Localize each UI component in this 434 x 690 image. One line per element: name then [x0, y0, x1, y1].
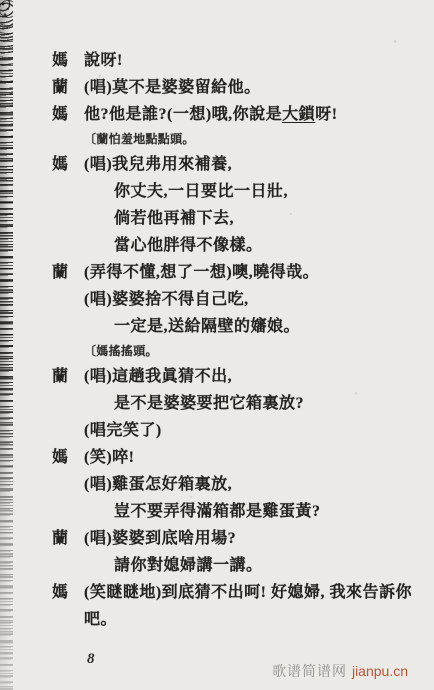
speaker-label: 媽: [52, 444, 69, 471]
script-line: 蘭(唱)莫不是婆婆留給他。: [0, 74, 434, 101]
speaker-label: 蘭: [52, 525, 69, 552]
script-line: 媽他?他是誰?(一想)哦,你說是大鎖呀!: [0, 101, 434, 128]
line-text: 當心他胖得不像樣。: [114, 237, 263, 254]
line-text: 一定是,送給隔壁的嬸娘。: [114, 318, 300, 335]
line-text: (笑)啐!: [84, 449, 135, 466]
script-line: 請你對媳婦講一講。: [0, 552, 434, 579]
script-line: 豈不要弄得滿箱都是雞蛋黃?: [0, 498, 434, 525]
speaker-label: 媽: [52, 101, 69, 128]
script-line: 蘭(弄得不懂,想了一想)噢,曉得哉。: [0, 259, 434, 286]
script-line: 倘若他再補下去,: [0, 205, 434, 232]
line-text: (唱完笑了): [84, 422, 162, 439]
script-line: (唱完笑了): [0, 417, 434, 444]
speaker-label: 蘭: [52, 259, 69, 286]
script-line: (唱)雞蛋怎好箱裏放,: [0, 471, 434, 498]
watermark-site-url: jianpu.cn: [352, 663, 408, 679]
speaker-label: 蘭: [52, 363, 69, 390]
line-text: (唱)婆婆到底啥用場?: [84, 530, 236, 547]
line-text: 〔蘭怕羞地點點頭。: [84, 132, 195, 146]
script-line: 是不是婆婆要把它箱裏放?: [0, 390, 434, 417]
watermark: 歌谱简谱网 jianpu.cn: [272, 661, 408, 681]
speaker-label: 媽: [52, 47, 69, 74]
stage-direction: 〔蘭怕羞地點點頭。: [0, 128, 434, 151]
line-text: (唱)雞蛋怎好箱裏放,: [84, 476, 232, 493]
stage-direction: 〔媽搖搖頭。: [0, 340, 434, 363]
speaker-label: 媽: [52, 579, 69, 606]
line-text: 你丈夫,一日要比一日壯,: [114, 183, 288, 200]
line-text: (唱)這趟我眞猜不出,: [84, 368, 232, 385]
line-text: 〔媽搖搖頭。: [84, 344, 158, 358]
watermark-site-name: 歌谱简谱网: [272, 663, 347, 679]
scanned-page: 媽說呀!蘭(唱)莫不是婆婆留給他。媽他?他是誰?(一想)哦,你說是大鎖呀!〔蘭怕…: [0, 0, 434, 690]
line-text: 豈不要弄得滿箱都是雞蛋黃?: [114, 503, 321, 520]
line-text: (弄得不懂,想了一想)噢,曉得哉。: [84, 264, 319, 281]
underlined-term: 大鎖: [282, 106, 315, 123]
speaker-label: 媽: [52, 151, 69, 178]
page-number: 8: [87, 651, 95, 668]
script-line: (唱)婆婆捨不得自己吃,: [0, 286, 434, 313]
line-text: 請你對媳婦講一講。: [114, 557, 263, 574]
line-text: (笑瞇瞇地)到底猜不出呵! 好媳婦, 我來告訴你吧。: [84, 584, 412, 628]
script-body: 媽說呀!蘭(唱)莫不是婆婆留給他。媽他?他是誰?(一想)哦,你說是大鎖呀!〔蘭怕…: [0, 47, 434, 633]
script-line: 媽(笑)啐!: [0, 444, 434, 471]
script-line: 媽(唱)我兒弗用來補養,: [0, 151, 434, 178]
line-text: 是不是婆婆要把它箱裏放?: [114, 395, 304, 412]
script-line: 蘭(唱)婆婆到底啥用場?: [0, 525, 434, 552]
script-line: 一定是,送給隔壁的嬸娘。: [0, 313, 434, 340]
line-text: 倘若他再補下去,: [114, 210, 234, 227]
line-text: 說呀!: [84, 52, 123, 69]
speaker-label: 蘭: [52, 74, 69, 101]
script-line: 媽說呀!: [0, 47, 434, 74]
line-text: (唱)婆婆捨不得自己吃,: [84, 291, 249, 308]
script-line: 蘭(唱)這趟我眞猜不出,: [0, 363, 434, 390]
line-text: (唱)莫不是婆婆留給他。: [84, 79, 261, 96]
script-line: 媽(笑瞇瞇地)到底猜不出呵! 好媳婦, 我來告訴你吧。: [0, 579, 434, 633]
script-line: 當心他胖得不像樣。: [0, 232, 434, 259]
line-text: 他?他是誰?(一想)哦,你說是大鎖呀!: [84, 106, 338, 123]
script-line: 你丈夫,一日要比一日壯,: [0, 178, 434, 205]
line-text: (唱)我兒弗用來補養,: [84, 156, 232, 173]
